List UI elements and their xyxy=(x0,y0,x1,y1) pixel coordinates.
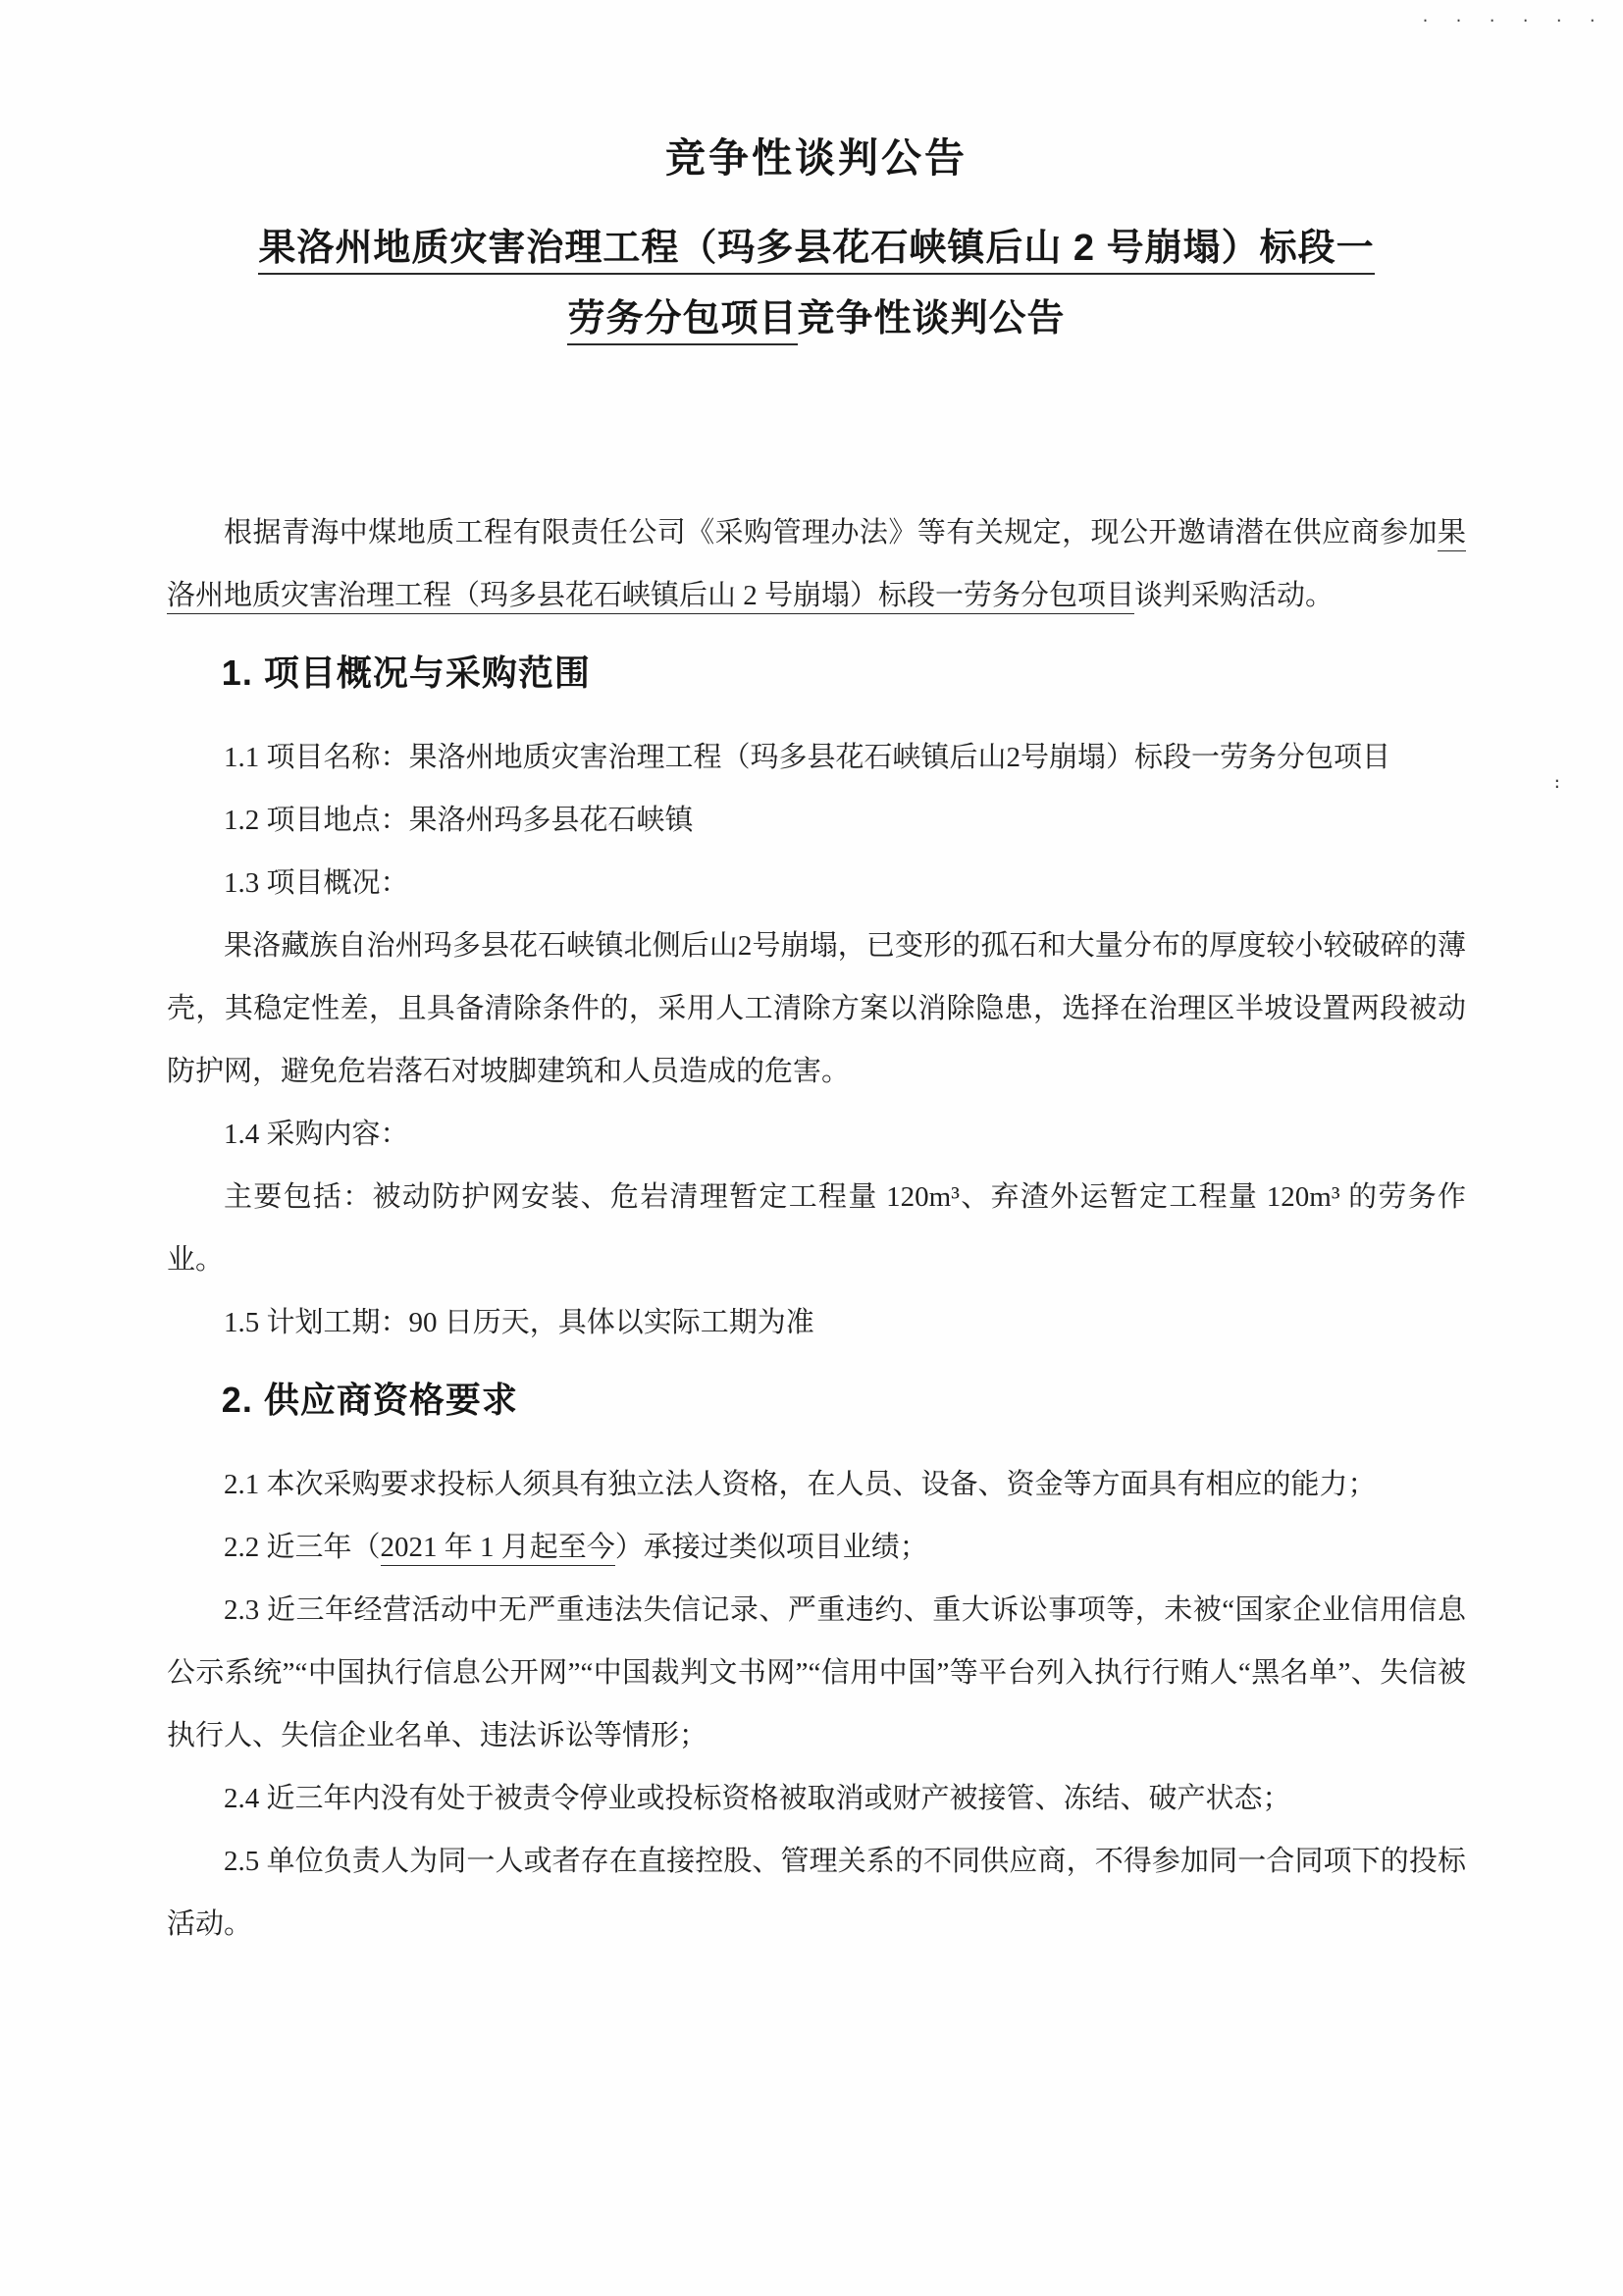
intro-text-pre: 根据青海中煤地质工程有限责任公司《采购管理办法》等有关规定，现公开邀请潜在供应商… xyxy=(224,517,1438,548)
item-2-2-date-range-underlined: 2021 年 1 月起至今 xyxy=(381,1532,615,1566)
item-2-1-qualification: 2.1 本次采购要求投标人须具有独立法人资格，在人员、设备、资金等方面具有相应的… xyxy=(167,1453,1466,1516)
item-1-5-planned-duration: 1.5 计划工期：90 日历天，具体以实际工期为准 xyxy=(167,1291,1466,1354)
item-1-4-procurement-content-label: 1.4 采购内容： xyxy=(167,1103,1466,1166)
subtitle-line-1: 果洛州地质灾害治理工程（玛多县花石峡镇后山 2 号崩塌）标段一 xyxy=(167,213,1466,284)
procurement-content-paragraph: 主要包括：被动防护网安装、危岩清理暂定工程量 120m³、弃渣外运暂定工程量 1… xyxy=(167,1166,1466,1291)
item-1-2-project-location: 1.2 项目地点：果洛州玛多县花石峡镇 xyxy=(167,789,1466,852)
subtitle-line-2: 劳务分包项目竞争性谈判公告 xyxy=(167,284,1466,354)
item-2-2-track-record: 2.2 近三年（2021 年 1 月起至今）承接过类似项目业绩； xyxy=(167,1516,1466,1579)
subtitle-line-2-underlined-text: 劳务分包项目 xyxy=(567,298,797,345)
subtitle-line-2-rest-text: 竞争性谈判公告 xyxy=(798,298,1066,339)
item-2-2-text-post: ）承接过类似项目业绩； xyxy=(615,1532,928,1563)
document-subtitle: 果洛州地质灾害治理工程（玛多县花石峡镇后山 2 号崩塌）标段一 劳务分包项目竞争… xyxy=(167,213,1466,354)
document-content: 竞争性谈判公告 果洛州地质灾害治理工程（玛多县花石峡镇后山 2 号崩塌）标段一 … xyxy=(167,0,1466,1956)
project-overview-paragraph: 果洛藏族自治州玛多县花石峡镇北侧后山2号崩塌，已变形的孤石和大量分布的厚度较小较… xyxy=(167,914,1466,1103)
intro-paragraph: 根据青海中煤地质工程有限责任公司《采购管理办法》等有关规定，现公开邀请潜在供应商… xyxy=(167,501,1466,627)
intro-text-post: 谈判采购活动。 xyxy=(1134,580,1334,611)
item-1-3-project-overview-label: 1.3 项目概况： xyxy=(167,852,1466,914)
document-title: 竞争性谈判公告 xyxy=(167,126,1466,183)
item-2-5-same-person-restriction: 2.5 单位负责人为同一人或者存在直接控股、管理关系的不同供应商，不得参加同一合… xyxy=(167,1830,1466,1956)
section-1-heading: 1. 项目概况与采购范围 xyxy=(167,651,1466,697)
section-2-heading: 2. 供应商资格要求 xyxy=(167,1378,1466,1424)
item-2-4-business-status: 2.4 近三年内没有处于被责令停业或投标资格被取消或财产被接管、冻结、破产状态； xyxy=(167,1767,1466,1830)
document-page: . . . . . . . . . . . 竞争性谈判公告 果洛州地质灾害治理工… xyxy=(0,0,1623,2296)
scan-artifact-speck: : xyxy=(1552,773,1562,792)
item-1-1-project-name: 1.1 项目名称：果洛州地质灾害治理工程（玛多县花石峡镇后山2号崩塌）标段一劳务… xyxy=(167,726,1466,789)
subtitle-line-1-text: 果洛州地质灾害治理工程（玛多县花石峡镇后山 2 号崩塌）标段一 xyxy=(258,228,1374,275)
item-2-2-text-pre: 2.2 近三年（ xyxy=(224,1532,381,1563)
item-2-3-credit-record: 2.3 近三年经营活动中无严重违法失信记录、严重违约、重大诉讼事项等，未被“国家… xyxy=(167,1579,1466,1767)
